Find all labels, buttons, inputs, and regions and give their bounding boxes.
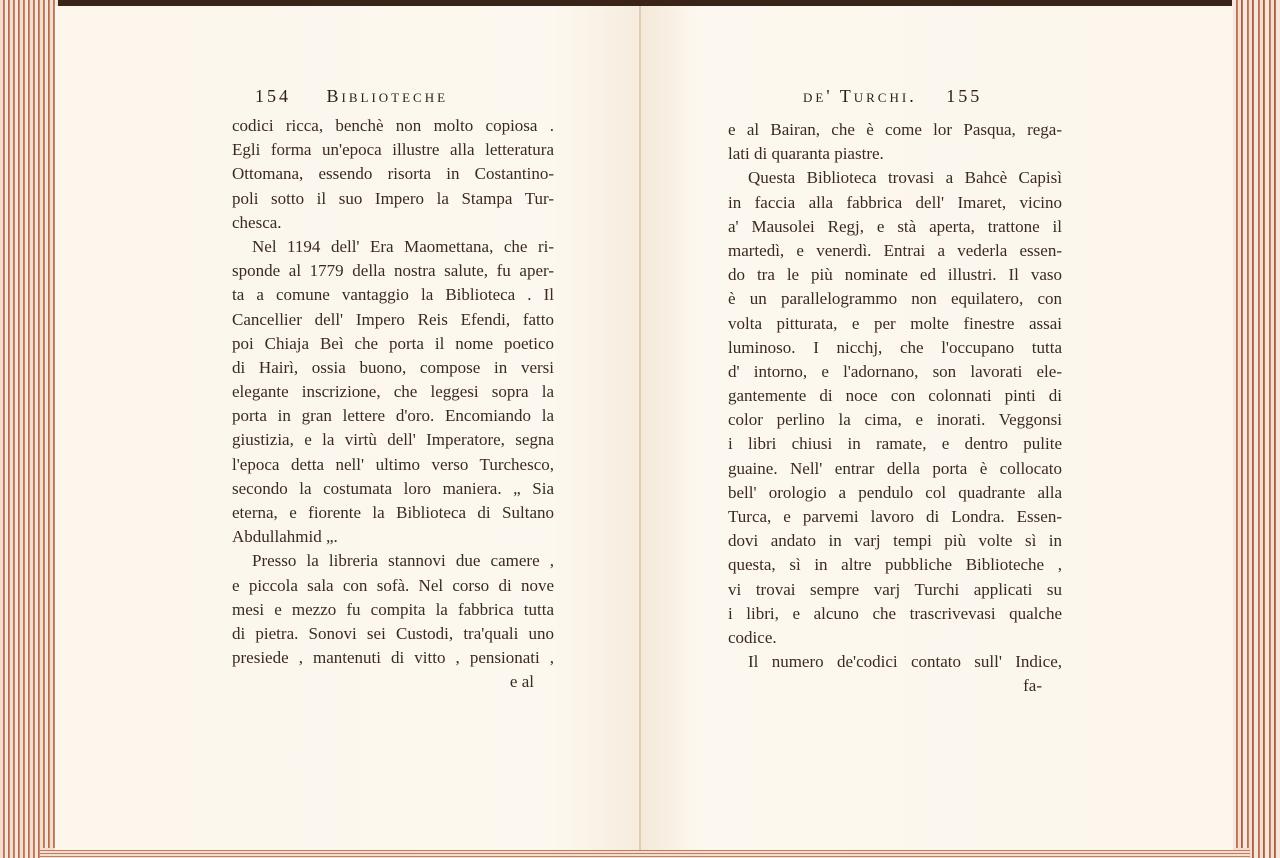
text-line: dovi andato in varj tempi più volte sì i…: [728, 529, 1062, 553]
text-line: in faccia alla fabbrica dell' Imaret, vi…: [728, 191, 1062, 215]
text-line: codice.: [728, 626, 1062, 650]
text-line: Cancellier dell' Impero Reis Efendi, fat…: [232, 308, 554, 332]
text-line: l'epoca detta nell' ultimo verso Turches…: [232, 453, 554, 477]
right-running-title: de' Turchi.: [803, 86, 917, 106]
text-line: poi Chiaja Beì che porta il nome poetico: [232, 332, 554, 356]
text-line: elegante inscrizione, che leggesi sopra …: [232, 380, 554, 404]
left-running-head: 154 Biblioteche: [255, 86, 448, 112]
text-line: Questa Biblioteca trovasi a Bahcè Capisì: [728, 166, 1062, 190]
text-line: ta a comune vantaggio la Biblioteca . Il: [232, 283, 554, 307]
text-line: di Hairì, ossia buono, compose in versi: [232, 356, 554, 380]
book-gutter: [639, 6, 641, 850]
text-line: sponde al 1779 della nostra salute, fu a…: [232, 259, 554, 283]
text-line: i libri chiusi in ramate, e dentro pulit…: [728, 432, 1062, 456]
right-running-head: de' Turchi. 155: [803, 86, 982, 112]
text-line: Presso la libreria stannovi due camere ,: [232, 549, 554, 573]
left-page-edges: [0, 0, 58, 858]
right-page-edges: [1232, 0, 1280, 858]
text-line: questa, sì in altre pubbliche Bibliotech…: [728, 553, 1062, 577]
text-line: è un parallelogrammo non equilatero, con: [728, 287, 1062, 311]
right-page-text: e al Bairan, che è come lor Pasqua, rega…: [728, 118, 1062, 698]
text-line: martedì, e venerdì. Entrai a vederla ess…: [728, 239, 1062, 263]
text-line: di pietra. Sonovi sei Custodi, tra'quali…: [232, 622, 554, 646]
text-line: i libri, e alcuno che trascrivevasi qual…: [728, 602, 1062, 626]
text-line: giustizia, e la virtù dell' Imperatore, …: [232, 428, 554, 452]
text-line: lati di quaranta piastre.: [728, 142, 1062, 166]
text-line: eterna, e fiorente la Biblioteca di Sult…: [232, 501, 554, 525]
text-line: do tra le più nominate ed illustri. Il v…: [728, 263, 1062, 287]
text-line: d' intorno, e l'adornano, son lavorati e…: [728, 360, 1062, 384]
text-line: gantemente di noce con colonnati pinti d…: [728, 384, 1062, 408]
text-line: Turca, e parvemi lavoro di Londra. Essen…: [728, 505, 1062, 529]
left-page-number: 154: [255, 86, 291, 106]
text-line: Abdullahmid „.: [232, 525, 554, 549]
text-line: poli sotto il suo Impero la Stampa Tur-: [232, 187, 554, 211]
text-line: porta in gran lettere d'oro. Encomiando …: [232, 404, 554, 428]
text-line: Nel 1194 dell' Era Maomettana, che ri-: [232, 235, 554, 259]
text-line: mesi e mezzo fu compita la fabbrica tutt…: [232, 598, 554, 622]
text-line: codici ricca, benchè non molto copiosa .: [232, 114, 554, 138]
text-line: color perlino la cima, e inorati. Veggon…: [728, 408, 1062, 432]
text-line: volta pitturata, e per molte finestre as…: [728, 312, 1062, 336]
text-line: a' Mausolei Regj, e stà aperta, trattone…: [728, 215, 1062, 239]
catchword: fa-: [728, 674, 1062, 698]
text-line: luminoso. I nicchj, che l'occupano tutta: [728, 336, 1062, 360]
text-line: Egli forma un'epoca illustre alla letter…: [232, 138, 554, 162]
text-line: presiede , mantenuti di vitto , pensiona…: [232, 646, 554, 670]
text-line: e al Bairan, che è come lor Pasqua, rega…: [728, 118, 1062, 142]
text-line: Il numero de'codici contato sull' Indice…: [728, 650, 1062, 674]
text-line: chesca.: [232, 211, 554, 235]
text-line: bell' orologio a pendulo col quadrante a…: [728, 481, 1062, 505]
catchword: e al: [232, 670, 554, 694]
text-line: guaine. Nell' entrar della porta è collo…: [728, 457, 1062, 481]
left-page-text: codici ricca, benchè non molto copiosa .…: [232, 114, 554, 694]
text-line: secondo la costumata loro maniera. „ Sia: [232, 477, 554, 501]
text-line: Ottomana, essendo risorta in Costantino-: [232, 162, 554, 186]
text-line: vi trovai sempre varj Turchi applicati s…: [728, 578, 1062, 602]
right-page-number: 155: [946, 86, 982, 106]
left-running-title: Biblioteche: [327, 86, 449, 106]
text-line: e piccola sala con sofà. Nel corso di no…: [232, 574, 554, 598]
